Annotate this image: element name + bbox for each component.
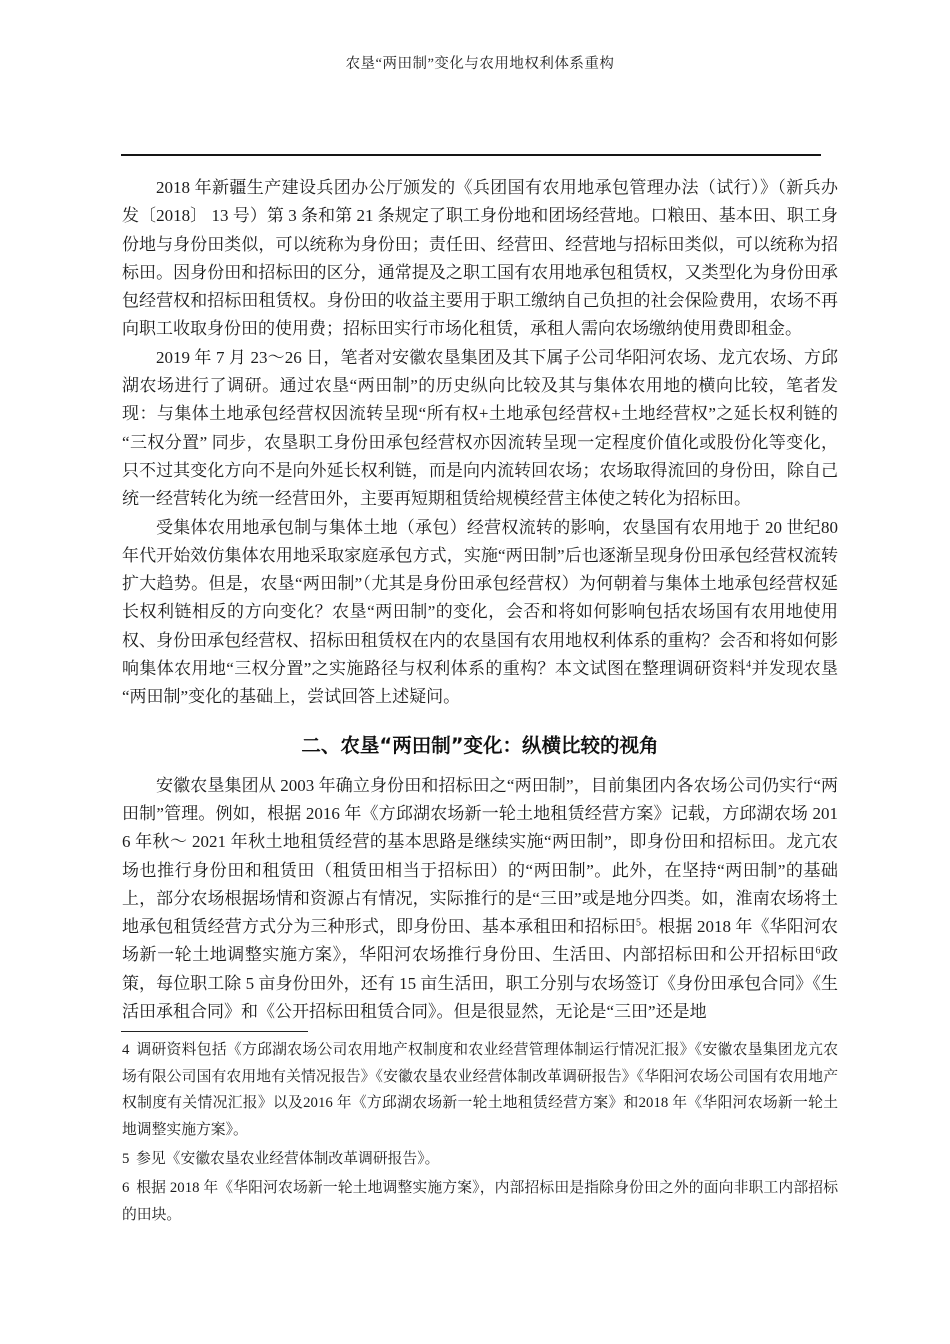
footnote-number: 6 (122, 1180, 129, 1196)
running-header: 农垦“两田制”变化与农用地权利体系重构 (122, 55, 838, 73)
footnote-text: 根据 2018 年《华阳河农场新一轮土地调整实施方案》，内部招标田是指除身份田之… (122, 1180, 838, 1222)
footnote-text: 参见《安徽农垦农业经营体制改革调研报告》。 (136, 1151, 439, 1167)
footnote-5: 5参见《安徽农垦农业经营体制改革调研报告》。 (122, 1146, 838, 1172)
paragraph-text: 安徽农垦集团从 2003 年确立身份田和招标田之“两田制”，目前集团内各农场公司… (122, 776, 838, 936)
paragraph-text: 受集体农用地承包制与集体土地（承包）经营权流转的影响，农垦国有农用地于 20 世… (122, 518, 838, 678)
paragraph-text: 2019 年 7 月 23～26 日，笔者对安徽农垦集团及其下属子公司华阳河农场… (122, 348, 838, 508)
footnote-4: 4调研资料包括《方邱湖农场公司农用地产权制度和农业经营管理体制运行情况汇报》《安… (122, 1037, 838, 1143)
paragraph-3: 受集体农用地承包制与集体土地（承包）经营权流转的影响，农垦国有农用地于 20 世… (122, 514, 838, 712)
footnote-text: 调研资料包括《方邱湖农场公司农用地产权制度和农业经营管理体制运行情况汇报》《安徽… (122, 1042, 838, 1137)
article-body: 2018 年新疆生产建设兵团办公厅颁发的《兵团国有农用地承包管理办法（试行）》（… (122, 174, 838, 1026)
footnote-number: 5 (122, 1151, 129, 1167)
section-heading: 二、农垦“两田制”变化：纵横比较的视角 (122, 733, 838, 759)
paragraph-4: 安徽农垦集团从 2003 年确立身份田和招标田之“两田制”，目前集团内各农场公司… (122, 772, 838, 1027)
footnote-separator (121, 1031, 308, 1032)
paragraph-text: 2018 年新疆生产建设兵团办公厅颁发的《兵团国有农用地承包管理办法（试行）》（… (122, 178, 838, 338)
footnotes-section: 4调研资料包括《方邱湖农场公司农用地产权制度和农业经营管理体制运行情况汇报》《安… (122, 1037, 838, 1228)
footnote-number: 4 (122, 1042, 129, 1058)
document-page: 农垦“两田制”变化与农用地权利体系重构 2018 年新疆生产建设兵团办公厅颁发的… (0, 0, 950, 1344)
footnote-6: 6根据 2018 年《华阳河农场新一轮土地调整实施方案》，内部招标田是指除身份田… (122, 1175, 838, 1228)
paragraph-2: 2019 年 7 月 23～26 日，笔者对安徽农垦集团及其下属子公司华阳河农场… (122, 344, 838, 514)
header-rule (121, 154, 821, 156)
paragraph-1: 2018 年新疆生产建设兵团办公厅颁发的《兵团国有农用地承包管理办法（试行）》（… (122, 174, 838, 344)
